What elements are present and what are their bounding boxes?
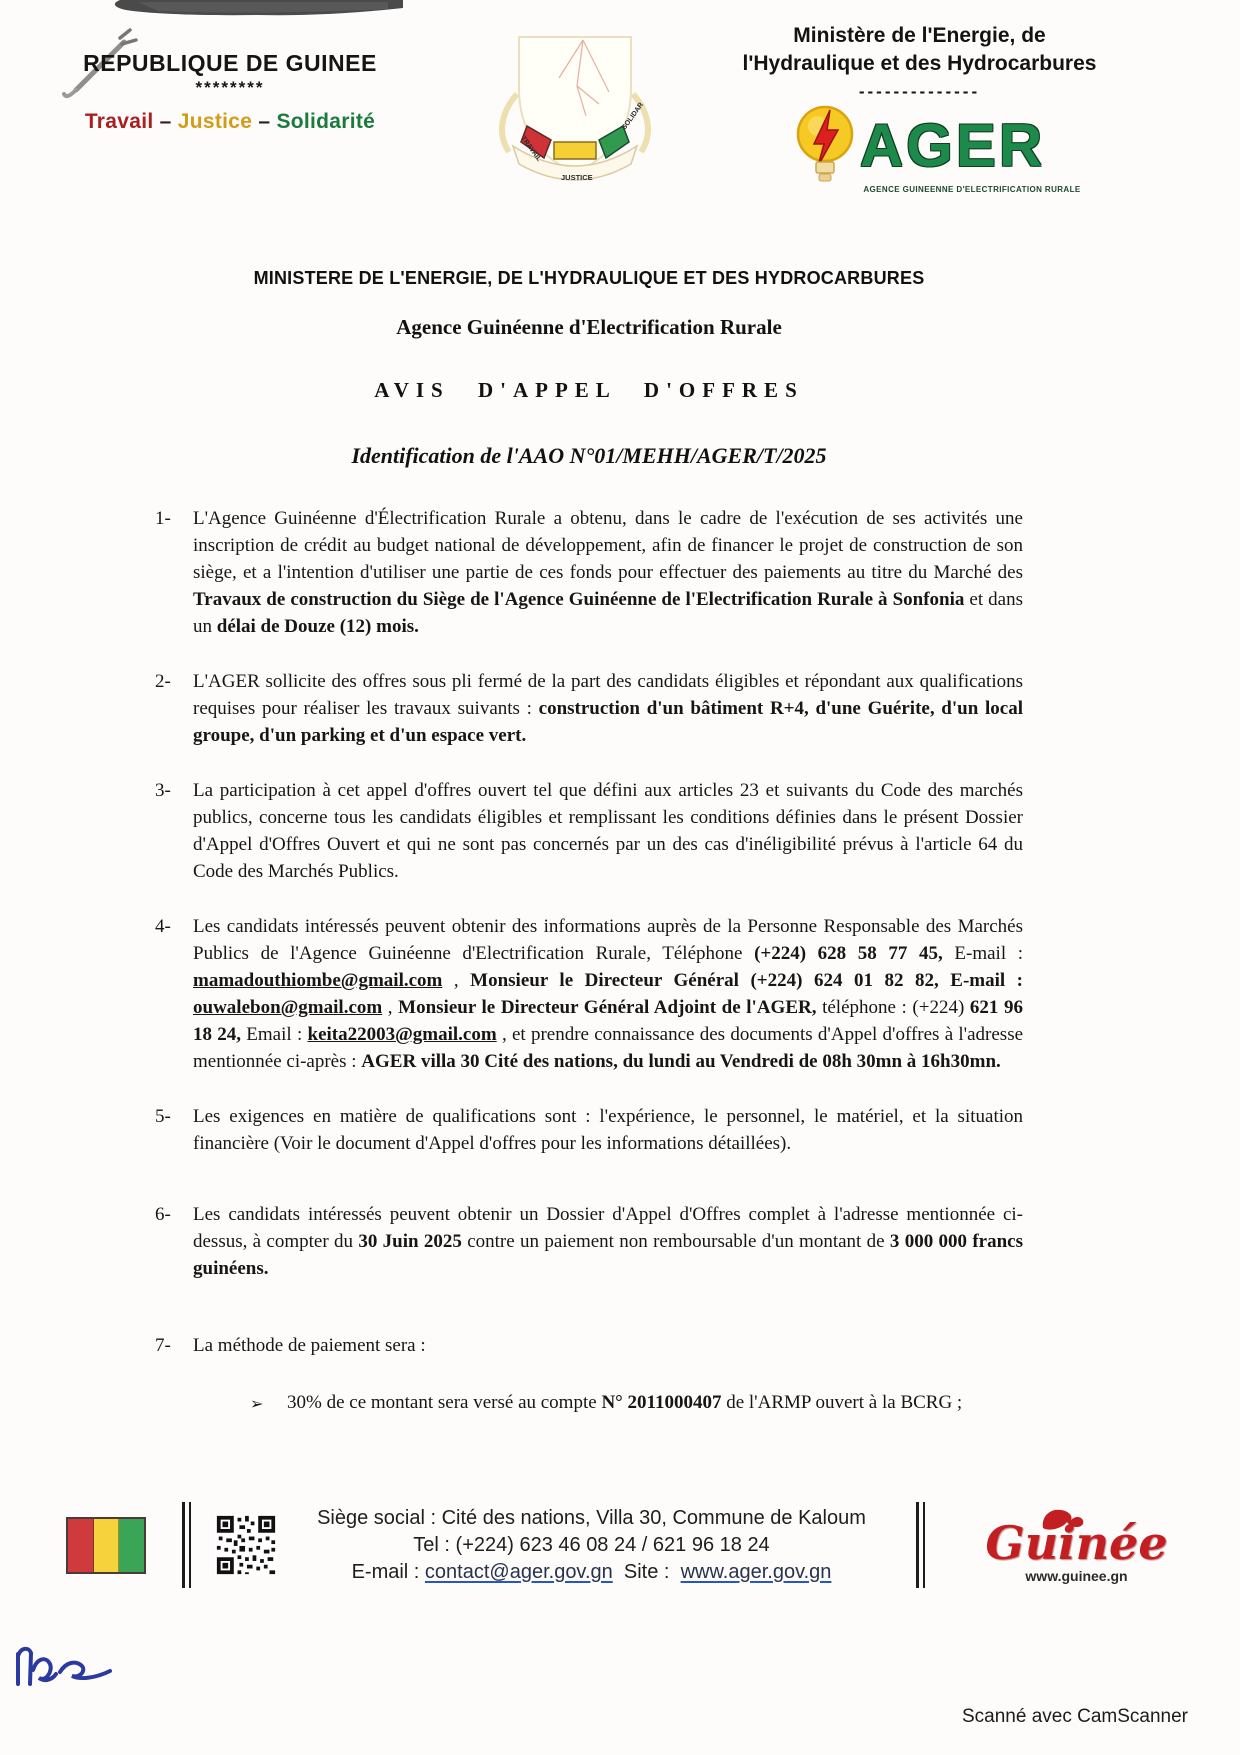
text-segment: L'Agence Guinéenne d'Électrification Rur… <box>193 508 1023 583</box>
national-motto: Travail – Justice – Solidarité <box>50 110 410 134</box>
text-segment: , <box>382 997 398 1018</box>
email-label: E-mail : <box>352 1561 425 1583</box>
ministry-name-line2: l'Hydraulique et des Hydrocarbures <box>632 50 1207 78</box>
text-segment: délai de Douze (12) mois. <box>217 616 419 637</box>
stars-divider: ******** <box>50 78 410 98</box>
email-link[interactable]: contact@ager.gov.gn <box>425 1561 613 1583</box>
footer-divider-left <box>182 1502 191 1588</box>
ager-logo: AGER <box>632 104 1207 188</box>
ager-wordmark: AGER <box>860 116 1045 176</box>
footer: Siège social : Cité des nations, Villa 3… <box>58 1502 1184 1588</box>
text-segment: Solidarité <box>276 110 375 133</box>
text-segment: Monsieur le Directeur Général (+224) 624… <box>470 970 1023 991</box>
text-segment: – <box>252 110 276 133</box>
text-segment: E-mail : <box>943 943 1023 964</box>
text-segment: – <box>153 110 177 133</box>
text-segment: de l'ARMP ouvert à la BCRG ; <box>721 1392 962 1413</box>
notice-item-1: 1- L'Agence Guinéenne d'Électrification … <box>155 505 1023 640</box>
text-segment: Travail <box>85 110 154 133</box>
doc-title-identification: Identification de l'AAO N°01/MEHH/AGER/T… <box>155 443 1023 469</box>
item-number: 1- <box>155 505 193 640</box>
text-segment: téléphone : (+224) <box>816 997 969 1018</box>
notice-items: 1- L'Agence Guinéenne d'Électrification … <box>155 505 1023 1418</box>
notice-item-6: 6- Les candidats intéressés peuvent obte… <box>155 1201 1023 1282</box>
text-segment: (+224) 628 58 77 45, <box>754 943 943 964</box>
payment-bullet: ➢ 30% de ce montant sera versé au compte… <box>250 1389 1023 1418</box>
text-segment: Justice <box>178 110 252 133</box>
footer-address: Siège social : Cité des nations, Villa 3… <box>285 1505 898 1532</box>
bullet-text: 30% de ce montant sera versé au compte N… <box>287 1389 1023 1418</box>
brand-wordmark: Guinée <box>969 1520 1184 1566</box>
item-number: 4- <box>155 913 193 1075</box>
notice-item-5: 5- Les exigences en matière de qualifica… <box>155 1103 1023 1157</box>
item-text: La participation à cet appel d'offres ou… <box>193 777 1023 885</box>
text-segment: Monsieur le Directeur Général Adjoint de… <box>398 997 816 1018</box>
camscanner-watermark: Scanné avec CamScanner <box>962 1706 1188 1728</box>
notice-item-3: 3- La participation à cet appel d'offres… <box>155 777 1023 885</box>
site-link[interactable]: www.ager.gov.gn <box>681 1561 832 1583</box>
text-segment: La méthode de paiement sera : <box>193 1335 426 1356</box>
svg-text:JUSTICE: JUSTICE <box>561 173 593 182</box>
item-text: L'AGER sollicite des offres sous pli fer… <box>193 668 1023 749</box>
scan-artifact <box>108 0 403 18</box>
doc-title-agency: Agence Guinéenne d'Electrification Rural… <box>155 315 1023 340</box>
notice-item-7: 7- La méthode de paiement sera : <box>155 1332 1023 1359</box>
footer-contacts: E-mail : contact@ager.gov.gn Site : www.… <box>285 1559 898 1586</box>
ministry-name-line1: Ministère de l'Energie, de <box>632 22 1207 50</box>
email-link-dga[interactable]: keita22003@gmail.com <box>308 1024 497 1045</box>
text-segment: Les exigences en matière de qualificatio… <box>193 1106 1023 1154</box>
item-text: Les candidats intéressés peuvent obtenir… <box>193 1201 1023 1282</box>
text-segment: contre un paiement non remboursable d'un… <box>462 1231 890 1252</box>
guinee-brand: Guinée www.guinee.gn <box>969 1506 1184 1584</box>
flag-red-band <box>68 1519 94 1572</box>
item-number: 3- <box>155 777 193 885</box>
item-text: Les exigences en matière de qualificatio… <box>193 1103 1023 1157</box>
dashes-divider: -------------- <box>632 82 1207 102</box>
item-number: 7- <box>155 1332 193 1359</box>
arrow-bullet-icon: ➢ <box>250 1389 287 1418</box>
flag-green-band <box>119 1519 144 1572</box>
country-name: REPUBLIQUE DE GUINEE <box>50 50 410 77</box>
doc-title-notice: AVIS D'APPEL D'OFFRES <box>155 378 1023 403</box>
guinea-flag <box>66 1517 146 1574</box>
document-body: MINISTERE DE L'ENERGIE, DE L'HYDRAULIQUE… <box>155 268 1023 1418</box>
ager-caption: AGENCE GUINEENNE D'ELECTRIFICATION RURAL… <box>632 185 1207 194</box>
text-segment: La participation à cet appel d'offres ou… <box>193 780 1023 882</box>
notice-item-4: 4- Les candidats intéressés peuvent obte… <box>155 913 1023 1075</box>
item-number: 5- <box>155 1103 193 1157</box>
item-number: 2- <box>155 668 193 749</box>
republic-header: REPUBLIQUE DE GUINEE ******** Travail – … <box>50 50 410 134</box>
doc-title-ministry: MINISTERE DE L'ENERGIE, DE L'HYDRAULIQUE… <box>155 268 1023 289</box>
brand-site[interactable]: www.guinee.gn <box>969 1568 1184 1584</box>
text-segment: Email : <box>241 1024 307 1045</box>
text-segment: Travaux de construction du Siège de l'Ag… <box>193 589 964 610</box>
text-segment: 30% de ce montant sera versé au compte <box>287 1392 601 1413</box>
qr-code <box>215 1514 277 1576</box>
lightbulb-icon <box>794 104 856 188</box>
item-text: L'Agence Guinéenne d'Électrification Rur… <box>193 505 1023 640</box>
scanned-document-page: REPUBLIQUE DE GUINEE ******** Travail – … <box>0 0 1240 1755</box>
flag-yellow-band <box>94 1519 120 1572</box>
item-text: Les candidats intéressés peuvent obtenir… <box>193 913 1023 1075</box>
signature-mark <box>8 1638 128 1702</box>
email-link-dg[interactable]: ouwalebon@gmail.com <box>193 997 382 1018</box>
footer-phone: Tel : (+224) 623 46 08 24 / 621 96 18 24 <box>285 1532 898 1559</box>
text-segment: N° 2011000407 <box>601 1392 721 1413</box>
text-segment: , <box>442 970 470 991</box>
text-segment: AGER villa 30 Cité des nations, du lundi… <box>361 1051 1000 1072</box>
ministry-header: Ministère de l'Energie, de l'Hydraulique… <box>632 22 1207 194</box>
footer-address-block: Siège social : Cité des nations, Villa 3… <box>277 1505 906 1586</box>
item-number: 6- <box>155 1201 193 1282</box>
notice-item-2: 2- L'AGER sollicite des offres sous pli … <box>155 668 1023 749</box>
item-text: La méthode de paiement sera : <box>193 1332 1023 1359</box>
footer-divider-right <box>916 1502 925 1588</box>
text-segment: 30 Juin 2025 <box>358 1231 462 1252</box>
site-label: Site : <box>613 1561 681 1583</box>
email-link-prmp[interactable]: mamadouthiombe@gmail.com <box>193 970 442 991</box>
